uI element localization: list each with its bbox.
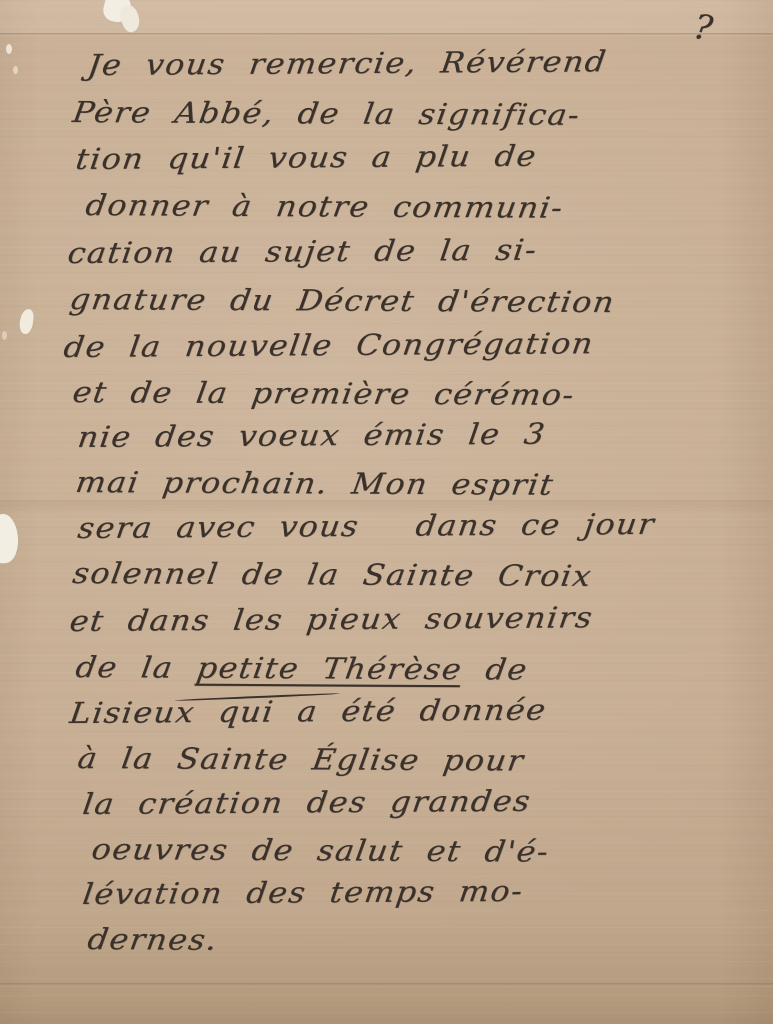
handwriting-line: et de la première cérémo- — [70, 375, 577, 412]
handwriting-line: Je vous remercie, Révérend — [86, 44, 609, 82]
paper-damage-spot — [18, 308, 34, 335]
handwriting-line: cation au sujet de la si- — [66, 233, 540, 270]
line-text: de la — [73, 650, 199, 685]
letter-page: ? Je vous remercie, Révérend Père Abbé, … — [0, 0, 773, 1024]
handwriting-line: dernes. — [85, 922, 220, 957]
handwriting-line: donner à notre communi- — [83, 188, 566, 225]
fold-crease — [0, 983, 773, 987]
handwriting-line: la création des grandes — [81, 784, 534, 821]
handwriting-line: de la nouvelle Congrégation — [62, 326, 596, 364]
paper-damage-spot — [6, 44, 12, 54]
handwriting-line: de la petite Thérèse de — [73, 650, 530, 687]
line-text: sera avec vous — [76, 509, 362, 545]
handwriting-line: nie des voeux émis le 3 — [76, 417, 548, 454]
handwriting-line: solennel de la Sainte Croix — [70, 556, 594, 593]
paper-damage-spot — [13, 66, 18, 74]
handwriting-line: à la Sainte Église pour — [75, 741, 526, 778]
handwriting-line: Père Abbé, de la significa- — [70, 95, 582, 132]
underlined-phrase: petite Thérèse — [195, 651, 465, 686]
fold-crease — [0, 33, 773, 36]
handwriting-line: sera avec vousdans ce jour — [76, 507, 657, 545]
fold-crease — [0, 0, 773, 33]
handwriting-line: lévation des temps mo- — [81, 874, 526, 911]
paper-damage-spot — [2, 331, 7, 340]
paper-damage-spot — [0, 513, 20, 565]
handwriting-line: Lisieux qui a été donnée — [68, 693, 549, 730]
handwriting-line: tion qu'il vous a plu de — [74, 139, 539, 176]
handwriting-line: mai prochain. Mon esprit — [73, 465, 556, 502]
line-text: dans ce jour — [414, 507, 657, 543]
line-text: de — [460, 652, 531, 686]
handwriting-line: oeuvres de salut et d'é- — [89, 832, 551, 869]
handwriting-line: et dans les pieux souvenirs — [68, 600, 596, 638]
handwriting-line: gnature du Décret d'érection — [67, 282, 617, 319]
